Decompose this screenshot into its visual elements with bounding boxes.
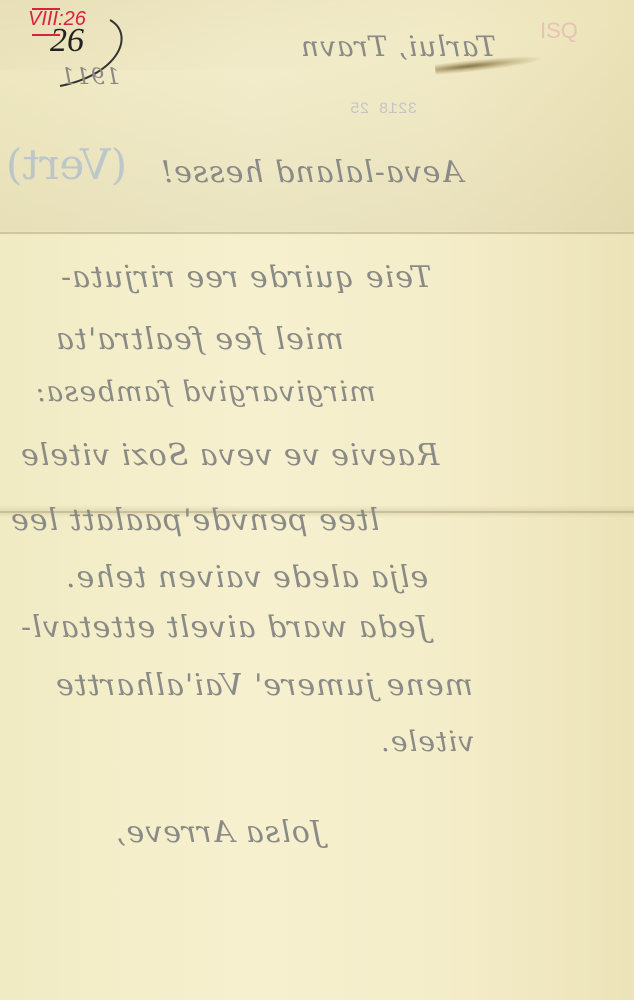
header-place-date: Tarlui, Travn (300, 30, 496, 63)
body-line: ltee penvde'paalatt lee (10, 503, 379, 538)
header-year: 1911 (60, 65, 120, 90)
blue-pencil-note: (Vert) (6, 140, 127, 189)
pink-stamp: ISQ (540, 18, 578, 44)
body-line: Jeda ward aivelt ettetavl- (20, 610, 429, 645)
body-line: Teie quirde ree rirjuta- (60, 260, 432, 295)
closing-signature: Jolsa Arreve, (115, 815, 323, 850)
letter-page: VIII:26 26 ISQ 3218 25 (Vert) Tarlui, Tr… (0, 0, 634, 1000)
fold-line-upper (0, 232, 634, 234)
salutation-text: Aeva-laland hesse! (160, 155, 463, 190)
blue-stamp: 3218 25 (350, 100, 417, 118)
body-line: mene jumere' Vai'alhartte (55, 668, 473, 703)
body-line: miel fee fealtra'ta (55, 322, 344, 357)
body-line: mirgivargivd fambesa: (35, 375, 376, 408)
body-line: Raevie ve veva Sozi vitele (20, 438, 439, 473)
body-line: elja alede vaiven tehe. (65, 560, 428, 595)
archive-number: 26 (50, 22, 84, 60)
body-line: vitele. (380, 725, 474, 758)
